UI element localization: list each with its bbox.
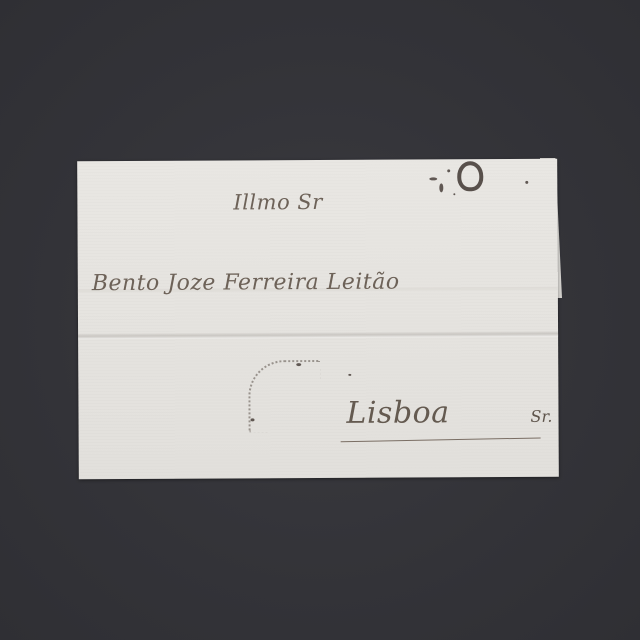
addressee-name: Bento Joze Ferreira Leitão xyxy=(92,270,400,297)
city-underline xyxy=(341,437,541,442)
ink-speck xyxy=(447,169,450,172)
ink-speck xyxy=(348,374,351,376)
destination-city: Lisboa xyxy=(346,395,449,431)
fold-line xyxy=(78,331,558,340)
photo-background: Illmo Sr Bento Joze Ferreira Leitão Lisb… xyxy=(0,0,640,640)
ink-speck xyxy=(429,177,437,180)
faint-postmark-icon xyxy=(248,360,320,432)
ink-speck xyxy=(296,363,301,366)
ink-speck xyxy=(525,181,528,184)
rate-handstamp-icon xyxy=(457,161,483,191)
margin-note: Sr. xyxy=(530,407,552,426)
ink-speck xyxy=(453,193,455,195)
ink-speck xyxy=(439,183,443,192)
ink-speck xyxy=(251,418,255,421)
salutation-text: Illmo Sr xyxy=(233,190,323,214)
folded-letter: Illmo Sr Bento Joze Ferreira Leitão Lisb… xyxy=(77,159,559,480)
